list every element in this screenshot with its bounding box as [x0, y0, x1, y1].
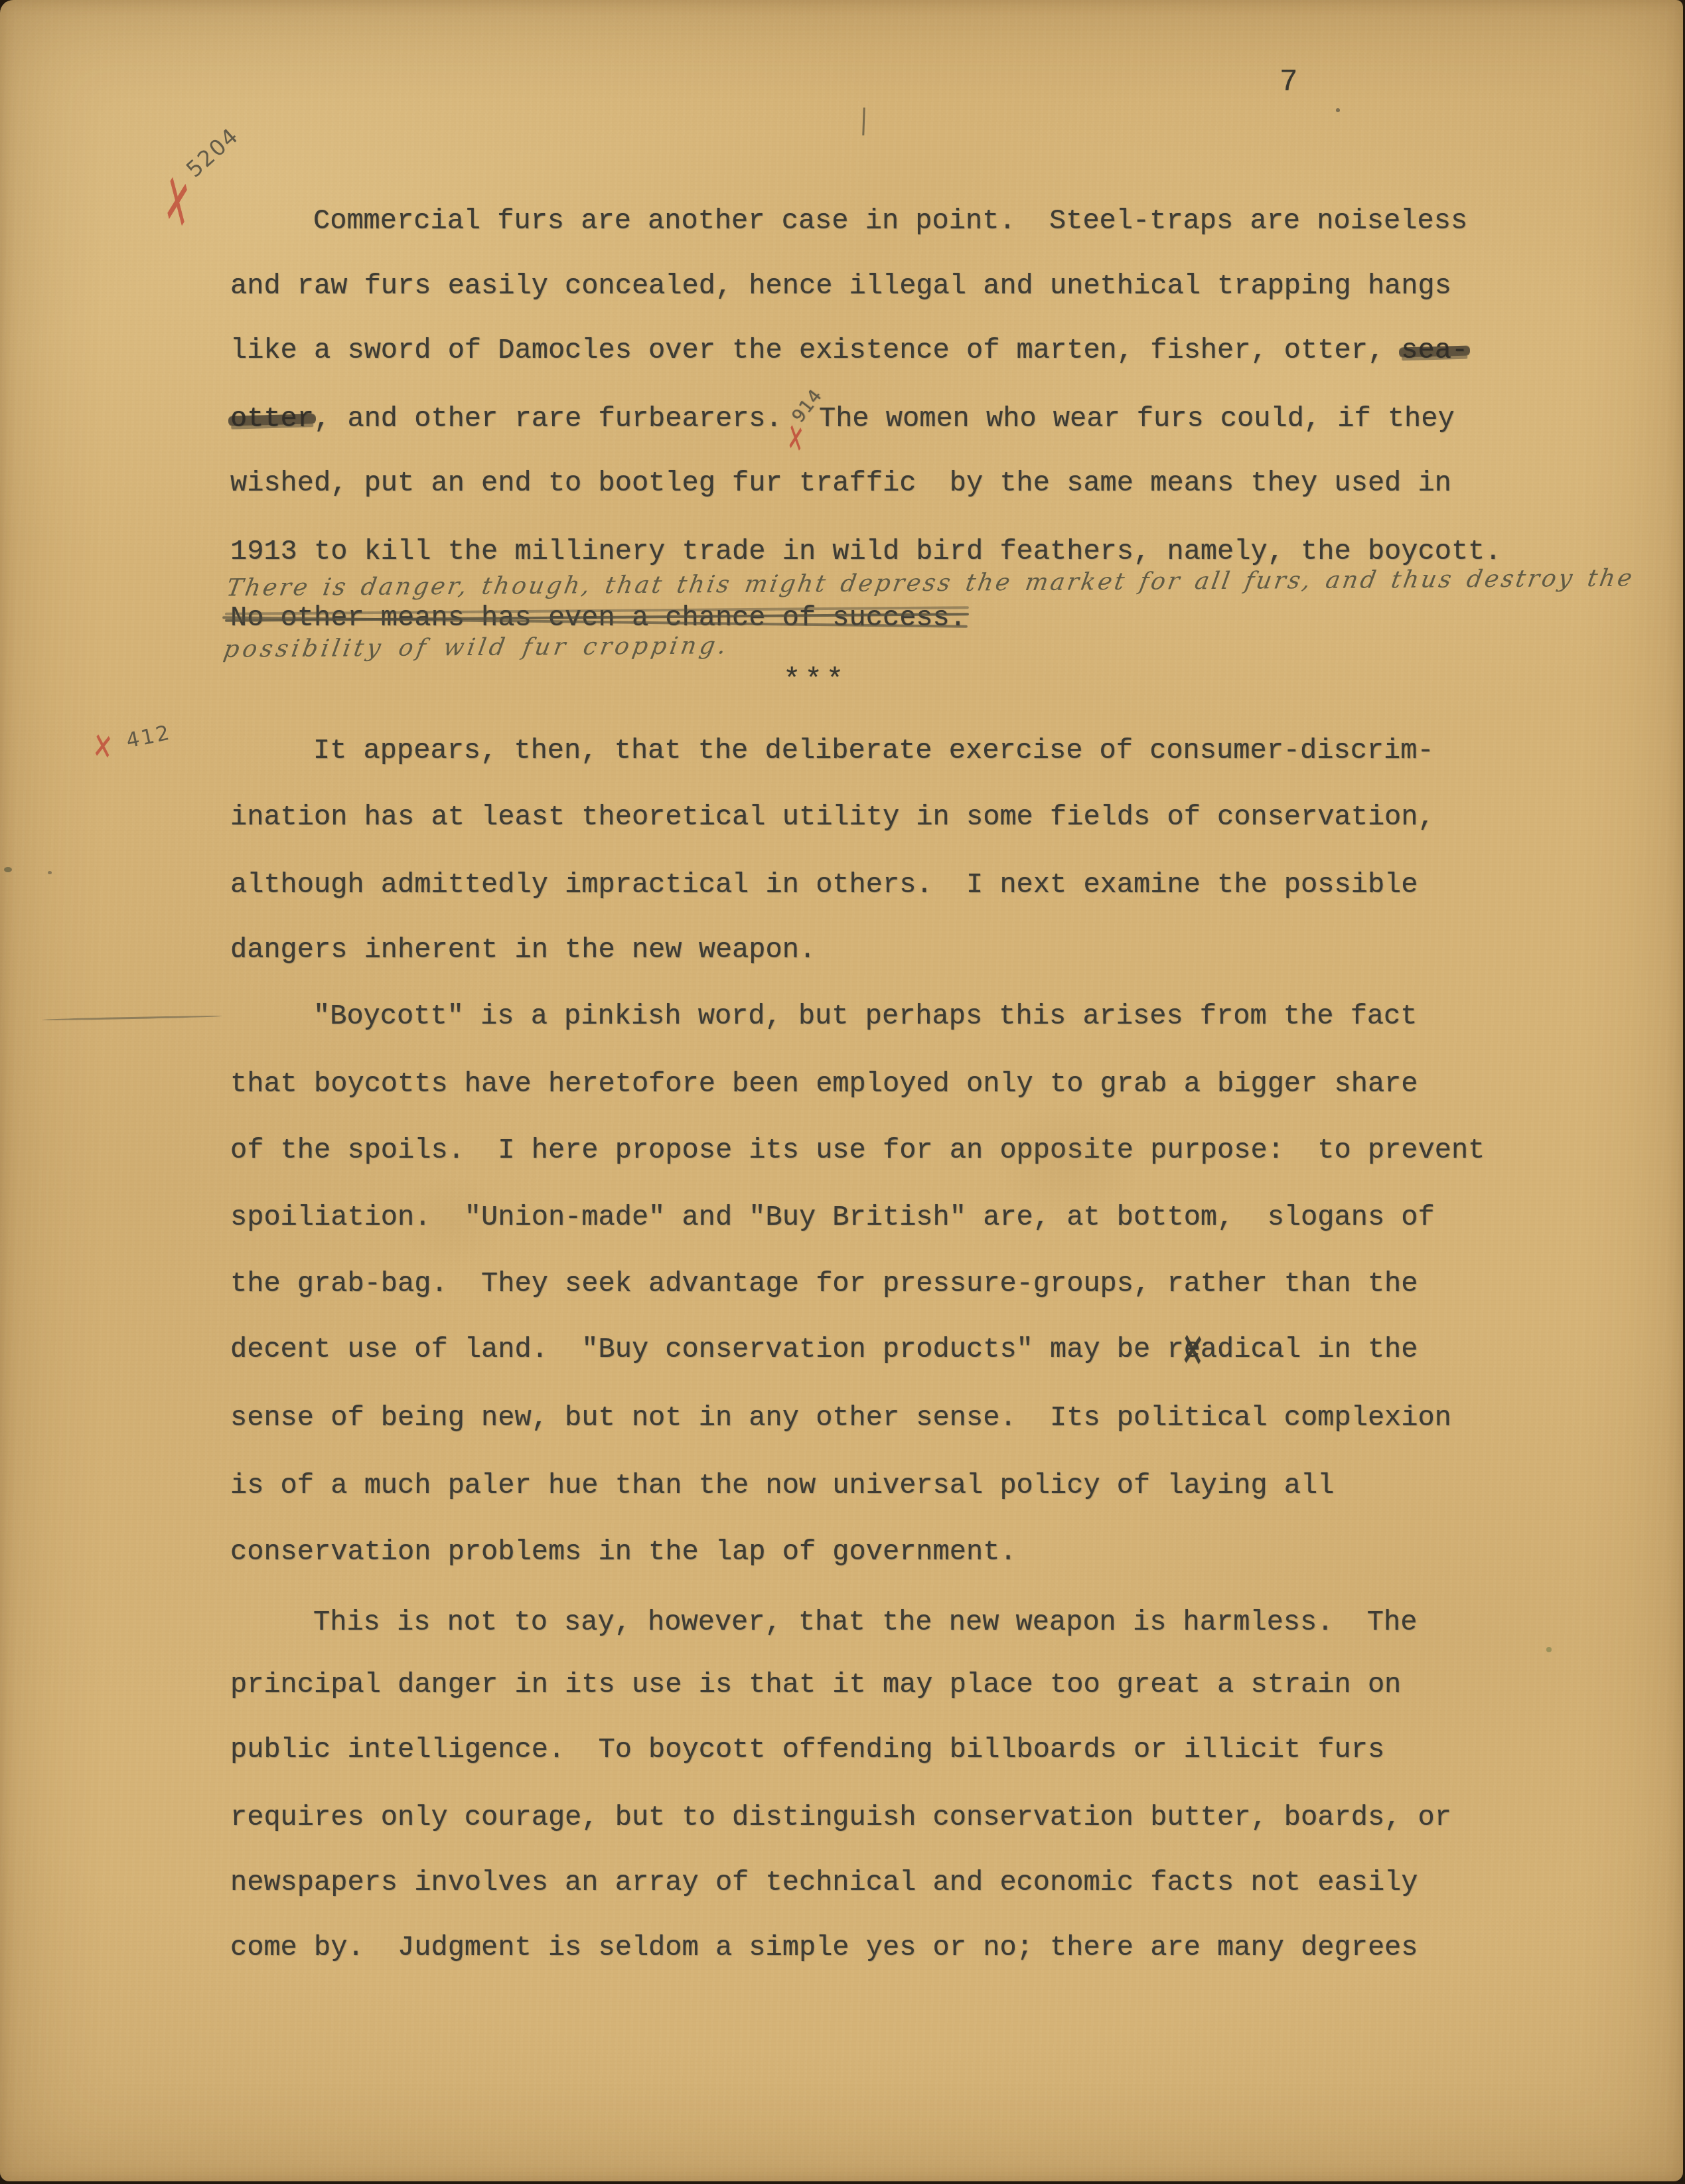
typed-line: decent use of land. "Buy conservation pr… [230, 1336, 1418, 1364]
typed-text: No other means has even a chance of succ… [230, 602, 966, 634]
section-separator: *** [783, 664, 847, 697]
typed-text: sense of being new, but not in any other… [230, 1402, 1451, 1434]
typed-text: , and other rare furbearers. [314, 403, 782, 435]
typed-line: come by. Judgment is seldom a simple yes… [230, 1934, 1418, 1962]
typed-text: requires only courage, but to distinguis… [230, 1802, 1451, 1833]
typed-line: that boycotts have heretofore been emplo… [230, 1070, 1418, 1098]
typed-text: Commercial furs are another case in poin… [313, 205, 1467, 237]
typed-text: conservation problems in the lap of gove… [230, 1536, 1017, 1568]
typed-line: sense of being new, but not in any other… [230, 1404, 1451, 1432]
typed-line: like a sword of Damocles over the existe… [230, 337, 1468, 364]
typed-line: It appears, then, that the deliberate ex… [313, 737, 1434, 765]
red-x-icon: ✕ [162, 161, 192, 246]
pencil-code: 412 [124, 720, 173, 753]
typed-line: spoiliation. "Union-made" and "Buy Briti… [230, 1204, 1435, 1231]
typed-line: is of a much paler hue than the now univ… [230, 1472, 1334, 1500]
typed-line: principal danger in its use is that it m… [230, 1671, 1401, 1699]
typed-line: the grab-bag. They seek advantage for pr… [230, 1270, 1418, 1298]
typed-line: although admittedly impractical in other… [230, 871, 1418, 899]
typed-line: otter, and other rare furbearers.✕914 Th… [230, 405, 1455, 433]
typed-text: The women who wear furs could, if they [802, 403, 1455, 435]
typed-line: ination has at least theoretical utility… [230, 803, 1435, 831]
typed-line: Commercial furs are another case in poin… [313, 207, 1467, 235]
typed-text: although admittedly impractical in other… [230, 869, 1418, 901]
editor-mark-5204: 5204 ✕ [151, 127, 297, 267]
paper-speck [48, 871, 52, 874]
pencil-x-icon: ✕ [1180, 1325, 1205, 1375]
paper-sheet: 7 5204 ✕ ✕ 412 Commercial furs are anoth… [0, 0, 1683, 2181]
typed-text: wished, put an end to bootleg fur traffi… [230, 467, 1451, 499]
typed-text: come by. Judgment is seldom a simple yes… [230, 1932, 1418, 1964]
typed-text: dangers inherent in the new weapon. [230, 934, 816, 966]
scratched-out-word: otter [230, 405, 314, 433]
handwritten-note-line1: There is danger, though, that this might… [224, 565, 1637, 602]
red-x-icon: ✕ [92, 727, 114, 767]
typed-text: newspapers involves an array of technica… [230, 1867, 1418, 1899]
typed-line: public intelligence. To boycott offendin… [230, 1736, 1384, 1764]
typed-text: adical in the [1201, 1334, 1418, 1365]
typed-line-crossed-out: No other means has even a chance of succ… [230, 604, 966, 632]
manuscript-scan: 7 5204 ✕ ✕ 412 Commercial furs are anoth… [0, 0, 1685, 2184]
typed-text: ination has at least theoretical utility… [230, 801, 1435, 833]
typed-text: 1913 to kill the millinery trade in wild… [230, 536, 1502, 568]
typed-line: newspapers involves an array of technica… [230, 1869, 1418, 1897]
typed-text: of the spoils. I here propose its use fo… [230, 1134, 1485, 1166]
typed-line: "Boycott" is a pinkish word, but perhaps… [313, 1002, 1417, 1030]
typed-line: 1913 to kill the millinery trade in wild… [230, 538, 1502, 566]
typed-text: that boycotts have heretofore been emplo… [230, 1068, 1418, 1100]
ink-tick-mark [862, 108, 865, 135]
typed-text: is of a much paler hue than the now univ… [230, 1470, 1334, 1502]
typed-text: decent use of land. "Buy conservation pr… [230, 1334, 1184, 1365]
typed-text: and raw furs easily concealed, hence ill… [230, 270, 1451, 302]
typed-text: the grab-bag. They seek advantage for pr… [230, 1268, 1418, 1300]
scratched-out-word: sea- [1401, 337, 1468, 364]
typed-line: of the spoils. I here propose its use fo… [230, 1136, 1485, 1164]
typed-line: dangers inherent in the new weapon. [230, 936, 816, 964]
typed-text: principal danger in its use is that it m… [230, 1669, 1401, 1701]
page-number: 7 [1280, 65, 1298, 100]
typed-text: This is not to say, however, that the ne… [313, 1606, 1417, 1638]
typed-text: It appears, then, that the deliberate ex… [313, 735, 1434, 767]
editor-mark-412: ✕ 412 [85, 724, 231, 790]
typed-line: wished, put an end to bootleg fur traffi… [230, 469, 1451, 497]
typed-line: This is not to say, however, that the ne… [313, 1608, 1417, 1636]
typed-text: public intelligence. To boycott offendin… [230, 1734, 1384, 1766]
typed-text: spoiliation. "Union-made" and "Buy Briti… [230, 1202, 1435, 1233]
paper-speck [1336, 108, 1340, 112]
paper-speck [4, 867, 12, 872]
typed-text: like a sword of Damocles over the existe… [230, 335, 1401, 366]
handwritten-note-line2: possibility of wild fur cropping. [222, 632, 731, 663]
paper-speck [1546, 1647, 1552, 1652]
typed-line: and raw furs easily concealed, hence ill… [230, 272, 1451, 300]
typed-line: conservation problems in the lap of gove… [230, 1538, 1017, 1566]
typed-line: requires only courage, but to distinguis… [230, 1804, 1451, 1832]
corrected-letter: e✕ [1184, 1336, 1201, 1364]
pencil-stray-line [42, 1015, 222, 1021]
typed-text: "Boycott" is a pinkish word, but perhaps… [313, 1000, 1417, 1032]
